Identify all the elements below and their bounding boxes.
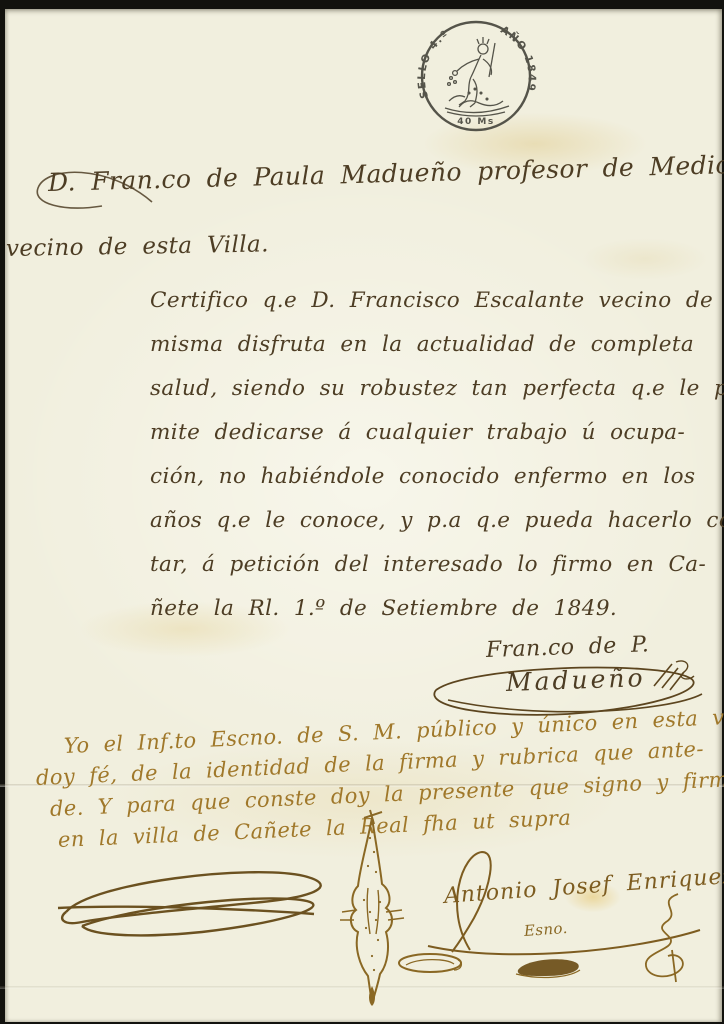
right-squiggle-flourish bbox=[630, 890, 696, 986]
body-line: ñete la Rl. 1.º de Setiembre de 1849. bbox=[150, 596, 617, 621]
body-line: mite dedicarse á cualquier trabajo ú ocu… bbox=[150, 420, 685, 445]
body-line: Certifico q.e D. Francisco Escalante vec… bbox=[150, 288, 724, 313]
heading-line-1: D. Fran.co de Paula Madueño profesor de … bbox=[48, 148, 724, 197]
document-content: SELLO 4.º AÑO 1849 40 Ms D. Fran.co de P… bbox=[0, 0, 724, 1024]
body-line: años q.e le conoce, y p.a q.e pueda hace… bbox=[150, 508, 724, 533]
stamp-text-bottom: 40 Ms bbox=[457, 117, 494, 127]
body-line: ción, no habiéndole conocido enfermo en … bbox=[150, 464, 695, 489]
stamp-text-left: SELLO 4.º bbox=[416, 28, 452, 100]
notary-signature-title: Esno. bbox=[523, 919, 568, 940]
heading-line-2: vecino de esta Villa. bbox=[6, 231, 269, 262]
body-line: tar, á petición del interesado lo firmo … bbox=[150, 552, 706, 577]
stamp-figure bbox=[445, 37, 509, 113]
scanned-document: SELLO 4.º AÑO 1849 40 Ms D. Fran.co de P… bbox=[0, 0, 724, 1024]
body-line: salud, siendo su robustez tan perfecta q… bbox=[150, 376, 724, 401]
revenue-stamp: SELLO 4.º AÑO 1849 40 Ms bbox=[419, 15, 535, 137]
body-line: misma disfruta en la actualidad de compl… bbox=[150, 332, 694, 357]
left-rubric-flourish bbox=[52, 852, 344, 950]
stamp-text-right: AÑO 1849 bbox=[498, 24, 537, 93]
ink-blot-filled bbox=[510, 950, 584, 982]
ink-blot-outline bbox=[394, 948, 466, 980]
